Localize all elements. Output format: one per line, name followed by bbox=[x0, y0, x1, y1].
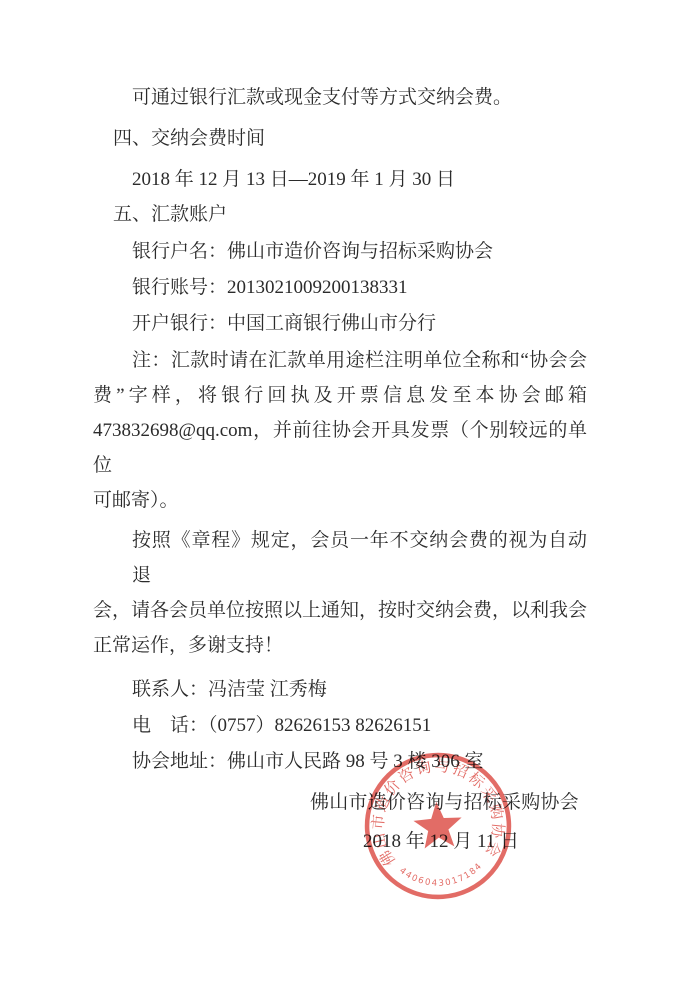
body-line: 473832698@qq.com，并前往协会开具发票（个别较远的单位 bbox=[93, 413, 587, 483]
body-line: 会，请各会员单位按照以上通知，按时交纳会费，以利我会 bbox=[93, 593, 587, 628]
body-line: 按照《章程》规定，会员一年不交纳会费的视为自动退 bbox=[93, 523, 587, 593]
notice-body: 可通过银行汇款或现金支付等方式交纳会费。 四、交纳会费时间 2018 年 12 … bbox=[93, 80, 587, 779]
body-line: 开户银行：中国工商银行佛山市分行 bbox=[93, 306, 587, 341]
body-line: 可通过银行汇款或现金支付等方式交纳会费。 bbox=[93, 80, 587, 115]
page: 可通过银行汇款或现金支付等方式交纳会费。 四、交纳会费时间 2018 年 12 … bbox=[0, 0, 680, 985]
section-heading: 四、交纳会费时间 bbox=[93, 121, 587, 156]
contact-person-line: 联系人：冯洁莹 江秀梅 bbox=[93, 672, 587, 707]
body-line: 银行户名：佛山市造价咨询与招标采购协会 bbox=[93, 234, 587, 269]
body-line: 注：汇款时请在汇款单用途栏注明单位全称和“协会会 bbox=[93, 343, 587, 378]
official-seal: 佛山市造价咨询与招标采购协会 4406043017184 bbox=[357, 745, 519, 907]
body-line: 银行账号：2013021009200138331 bbox=[93, 270, 587, 305]
contact-phone-line: 电 话：（0757）82626153 82626151 bbox=[93, 708, 587, 743]
body-line: 可邮寄）。 bbox=[93, 483, 587, 518]
body-line: 正常运作，多谢支持！ bbox=[93, 628, 587, 663]
star-icon bbox=[412, 800, 463, 849]
body-line: 2018 年 12 月 13 日—2019 年 1 月 30 日 bbox=[93, 162, 587, 197]
section-heading: 五、汇款账户 bbox=[93, 197, 587, 232]
body-line: 费”字样，将银行回执及开票信息发至本协会邮箱 bbox=[93, 378, 587, 413]
contact-address-line: 协会地址：佛山市人民路 98 号 3 楼 306 室 bbox=[93, 744, 587, 779]
